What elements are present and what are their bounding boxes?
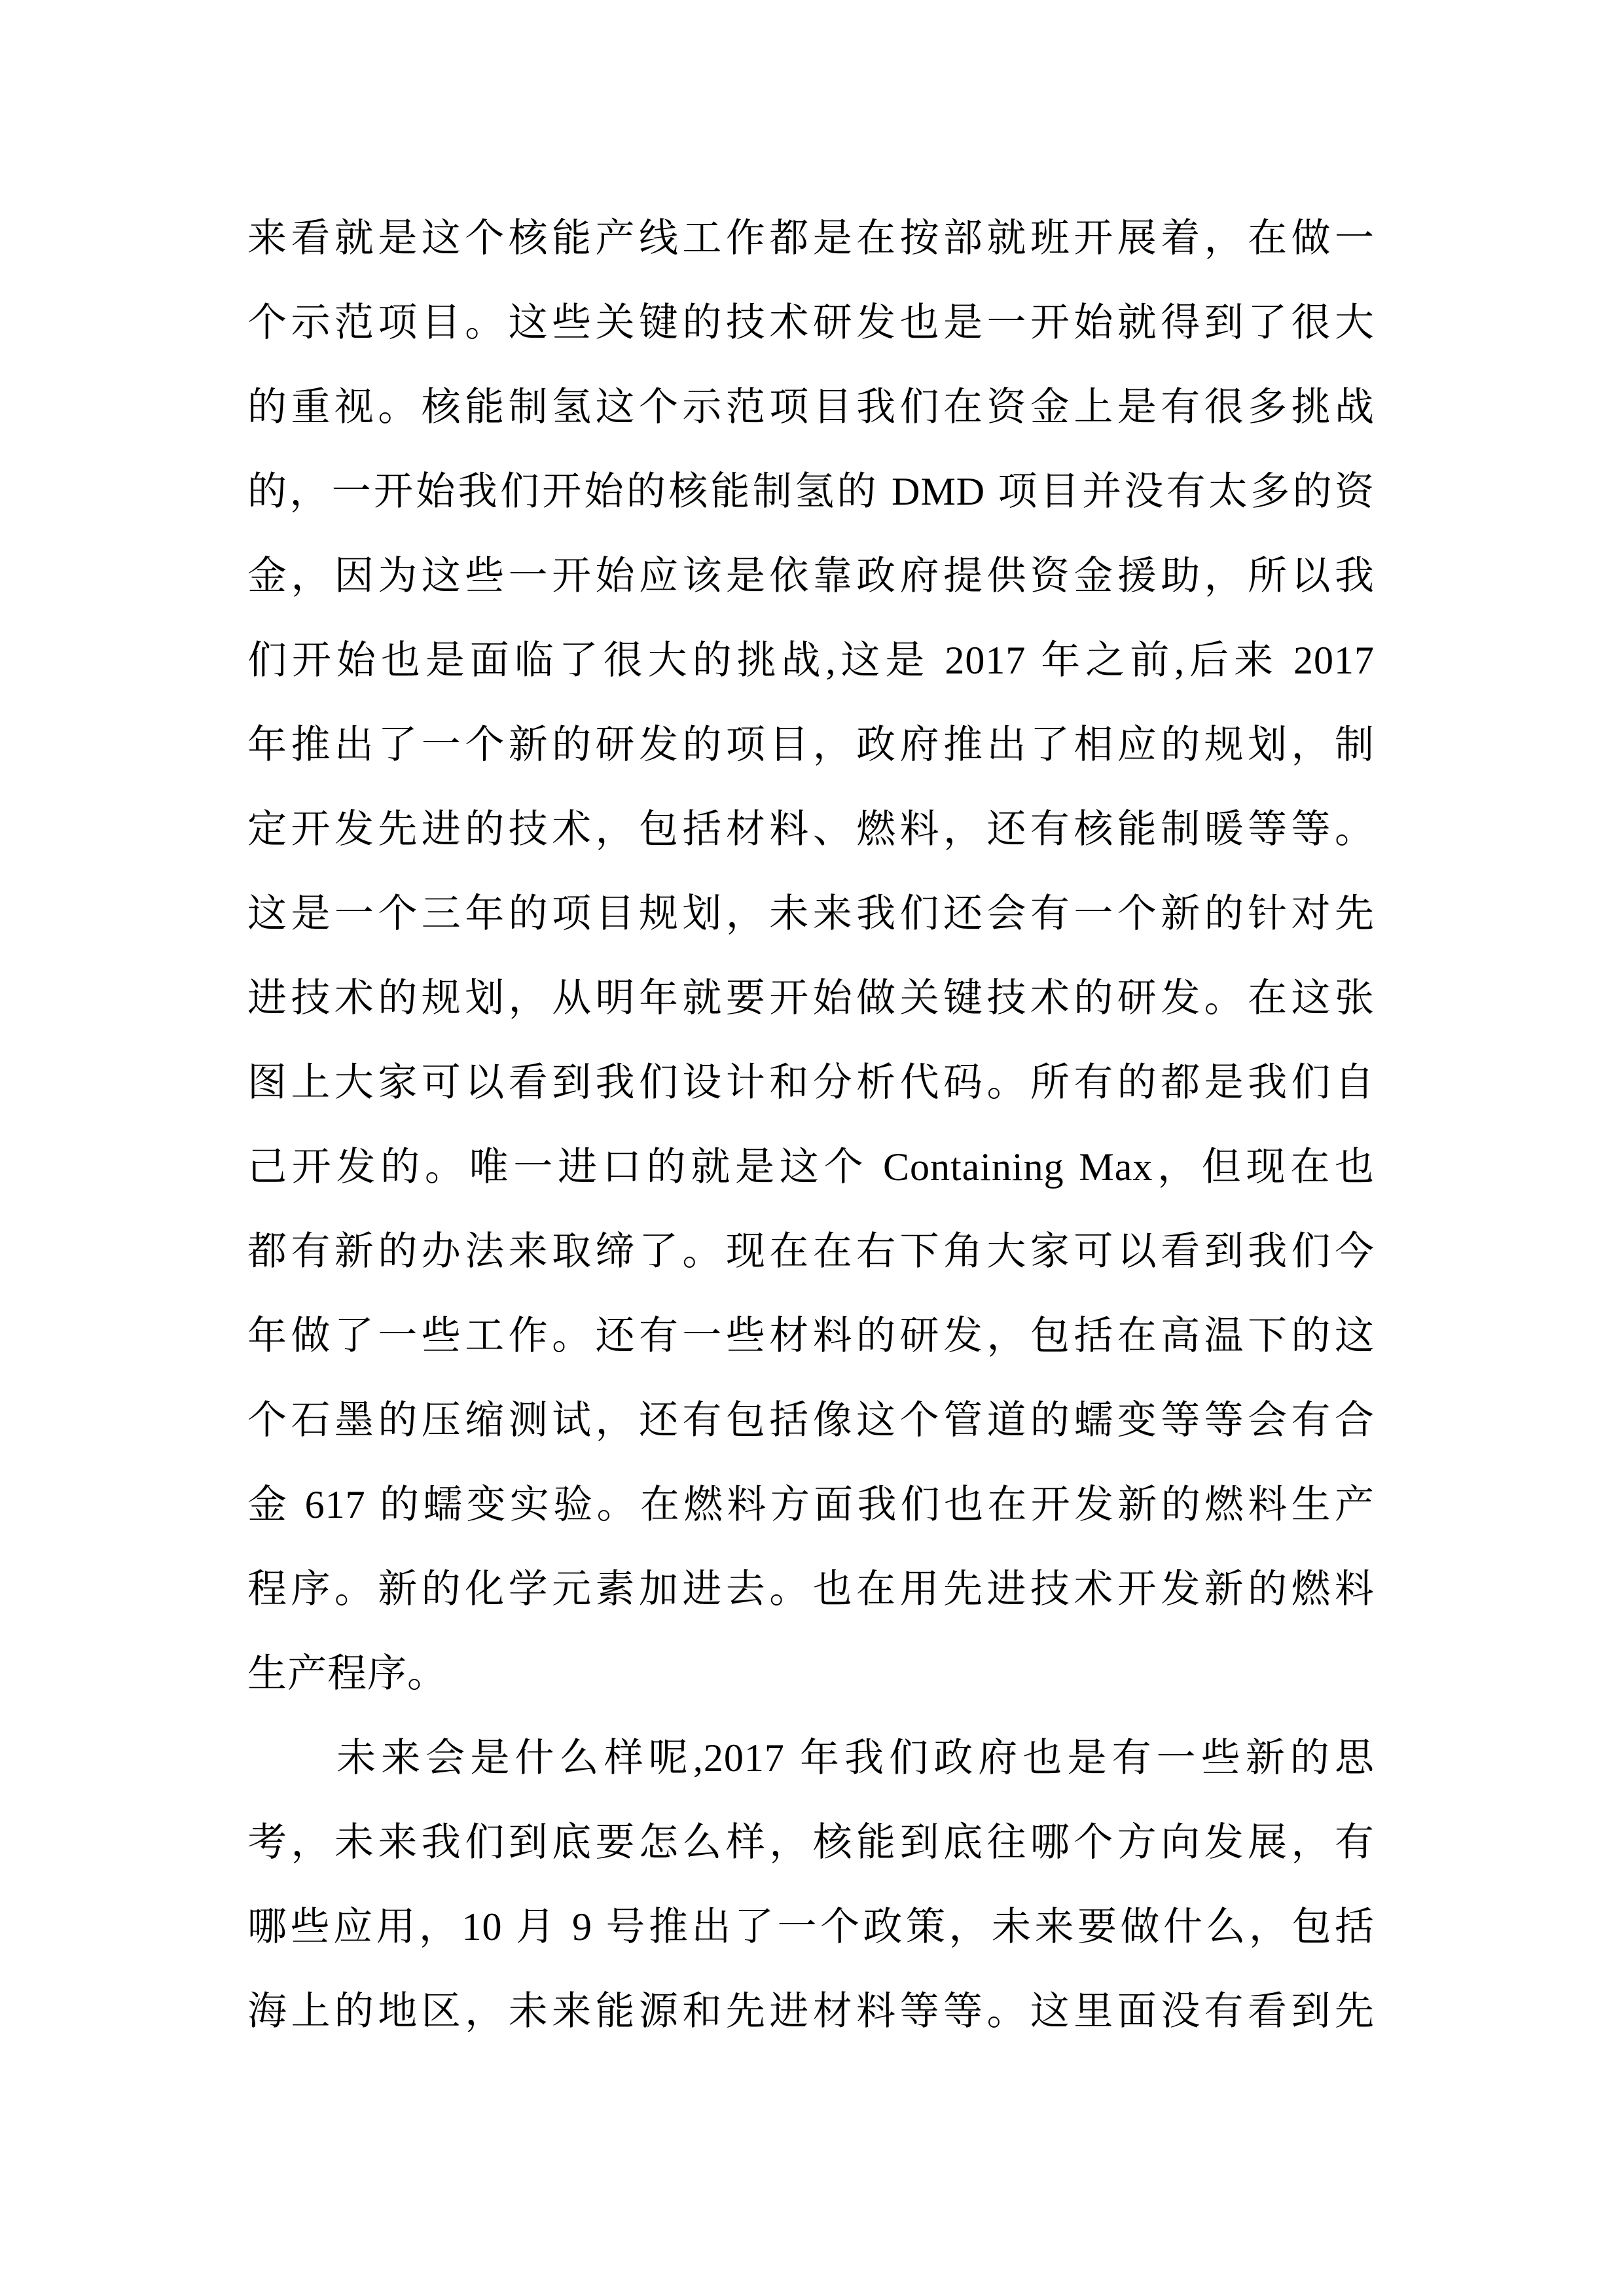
text-line: 生产程序。 — [247, 1632, 1375, 1716]
text-line: 海上的地区，未来能源和先进材料等等。这里面没有看到先 — [247, 1969, 1375, 2054]
text-line: 年推出了一个新的研发的项目，政府推出了相应的规划，制 — [247, 703, 1375, 787]
text-line: 来看就是这个核能产线工作都是在按部就班开展着，在做一 — [247, 196, 1375, 281]
text-line: 哪些应用，10 月 9 号推出了一个政策，未来要做什么，包括 — [247, 1885, 1375, 1969]
text-line: 这是一个三年的项目规划，未来我们还会有一个新的针对先 — [247, 872, 1375, 956]
text-line: 年做了一些工作。还有一些材料的研发，包括在高温下的这 — [247, 1294, 1375, 1378]
text-line: 定开发先进的技术，包括材料、燃料，还有核能制暖等等。 — [247, 787, 1375, 872]
text-line: 金，因为这些一开始应该是依靠政府提供资金援助，所以我 — [247, 534, 1375, 619]
text-line: 己开发的。唯一进口的就是这个 Containing Max，但现在也 — [247, 1125, 1375, 1210]
text-block: 来看就是这个核能产线工作都是在按部就班开展着，在做一个示范项目。这些关键的技术研… — [247, 196, 1375, 2054]
document-page: 来看就是这个核能产线工作都是在按部就班开展着，在做一个示范项目。这些关键的技术研… — [0, 0, 1624, 2296]
text-line: 的，一开始我们开始的核能制氢的 DMD 项目并没有太多的资 — [247, 450, 1375, 534]
text-line: 都有新的办法来取缔了。现在在右下角大家可以看到我们今 — [247, 1210, 1375, 1294]
text-line: 考，未来我们到底要怎么样，核能到底往哪个方向发展，有 — [247, 1801, 1375, 1885]
text-line: 图上大家可以看到我们设计和分析代码。所有的都是我们自 — [247, 1041, 1375, 1125]
text-line: 程序。新的化学元素加进去。也在用先进技术开发新的燃料 — [247, 1547, 1375, 1632]
text-line: 未来会是什么样呢,2017 年我们政府也是有一些新的思 — [247, 1716, 1375, 1801]
text-line: 个示范项目。这些关键的技术研发也是一开始就得到了很大 — [247, 281, 1375, 365]
text-line: 们开始也是面临了很大的挑战,这是 2017 年之前,后来 2017 — [247, 619, 1375, 703]
text-line: 进技术的规划，从明年就要开始做关键技术的研发。在这张 — [247, 956, 1375, 1041]
text-line: 金 617 的蠕变实验。在燃料方面我们也在开发新的燃料生产 — [247, 1463, 1375, 1547]
text-line: 的重视。核能制氢这个示范项目我们在资金上是有很多挑战 — [247, 365, 1375, 450]
text-line: 个石墨的压缩测试，还有包括像这个管道的蠕变等等会有合 — [247, 1378, 1375, 1463]
